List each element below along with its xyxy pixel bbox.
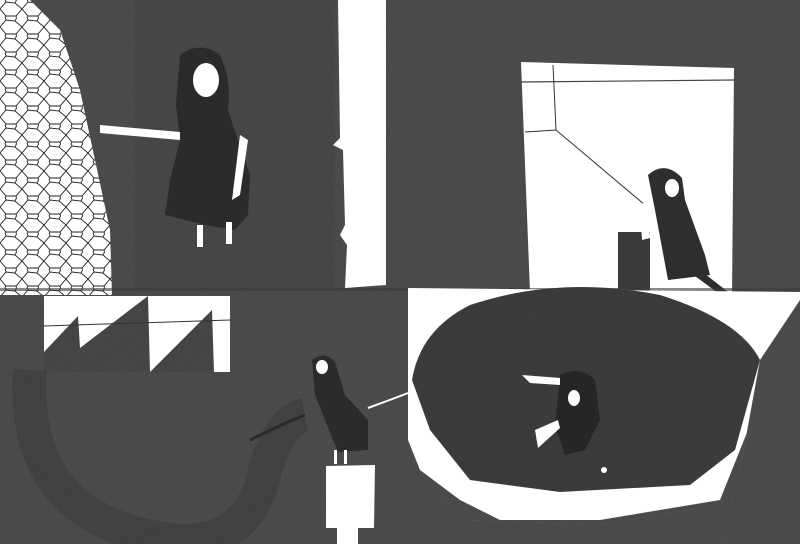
- illustration-canvas: [0, 0, 800, 544]
- illustration: [0, 0, 800, 544]
- panel-divider: [0, 288, 800, 291]
- stump: [618, 232, 650, 294]
